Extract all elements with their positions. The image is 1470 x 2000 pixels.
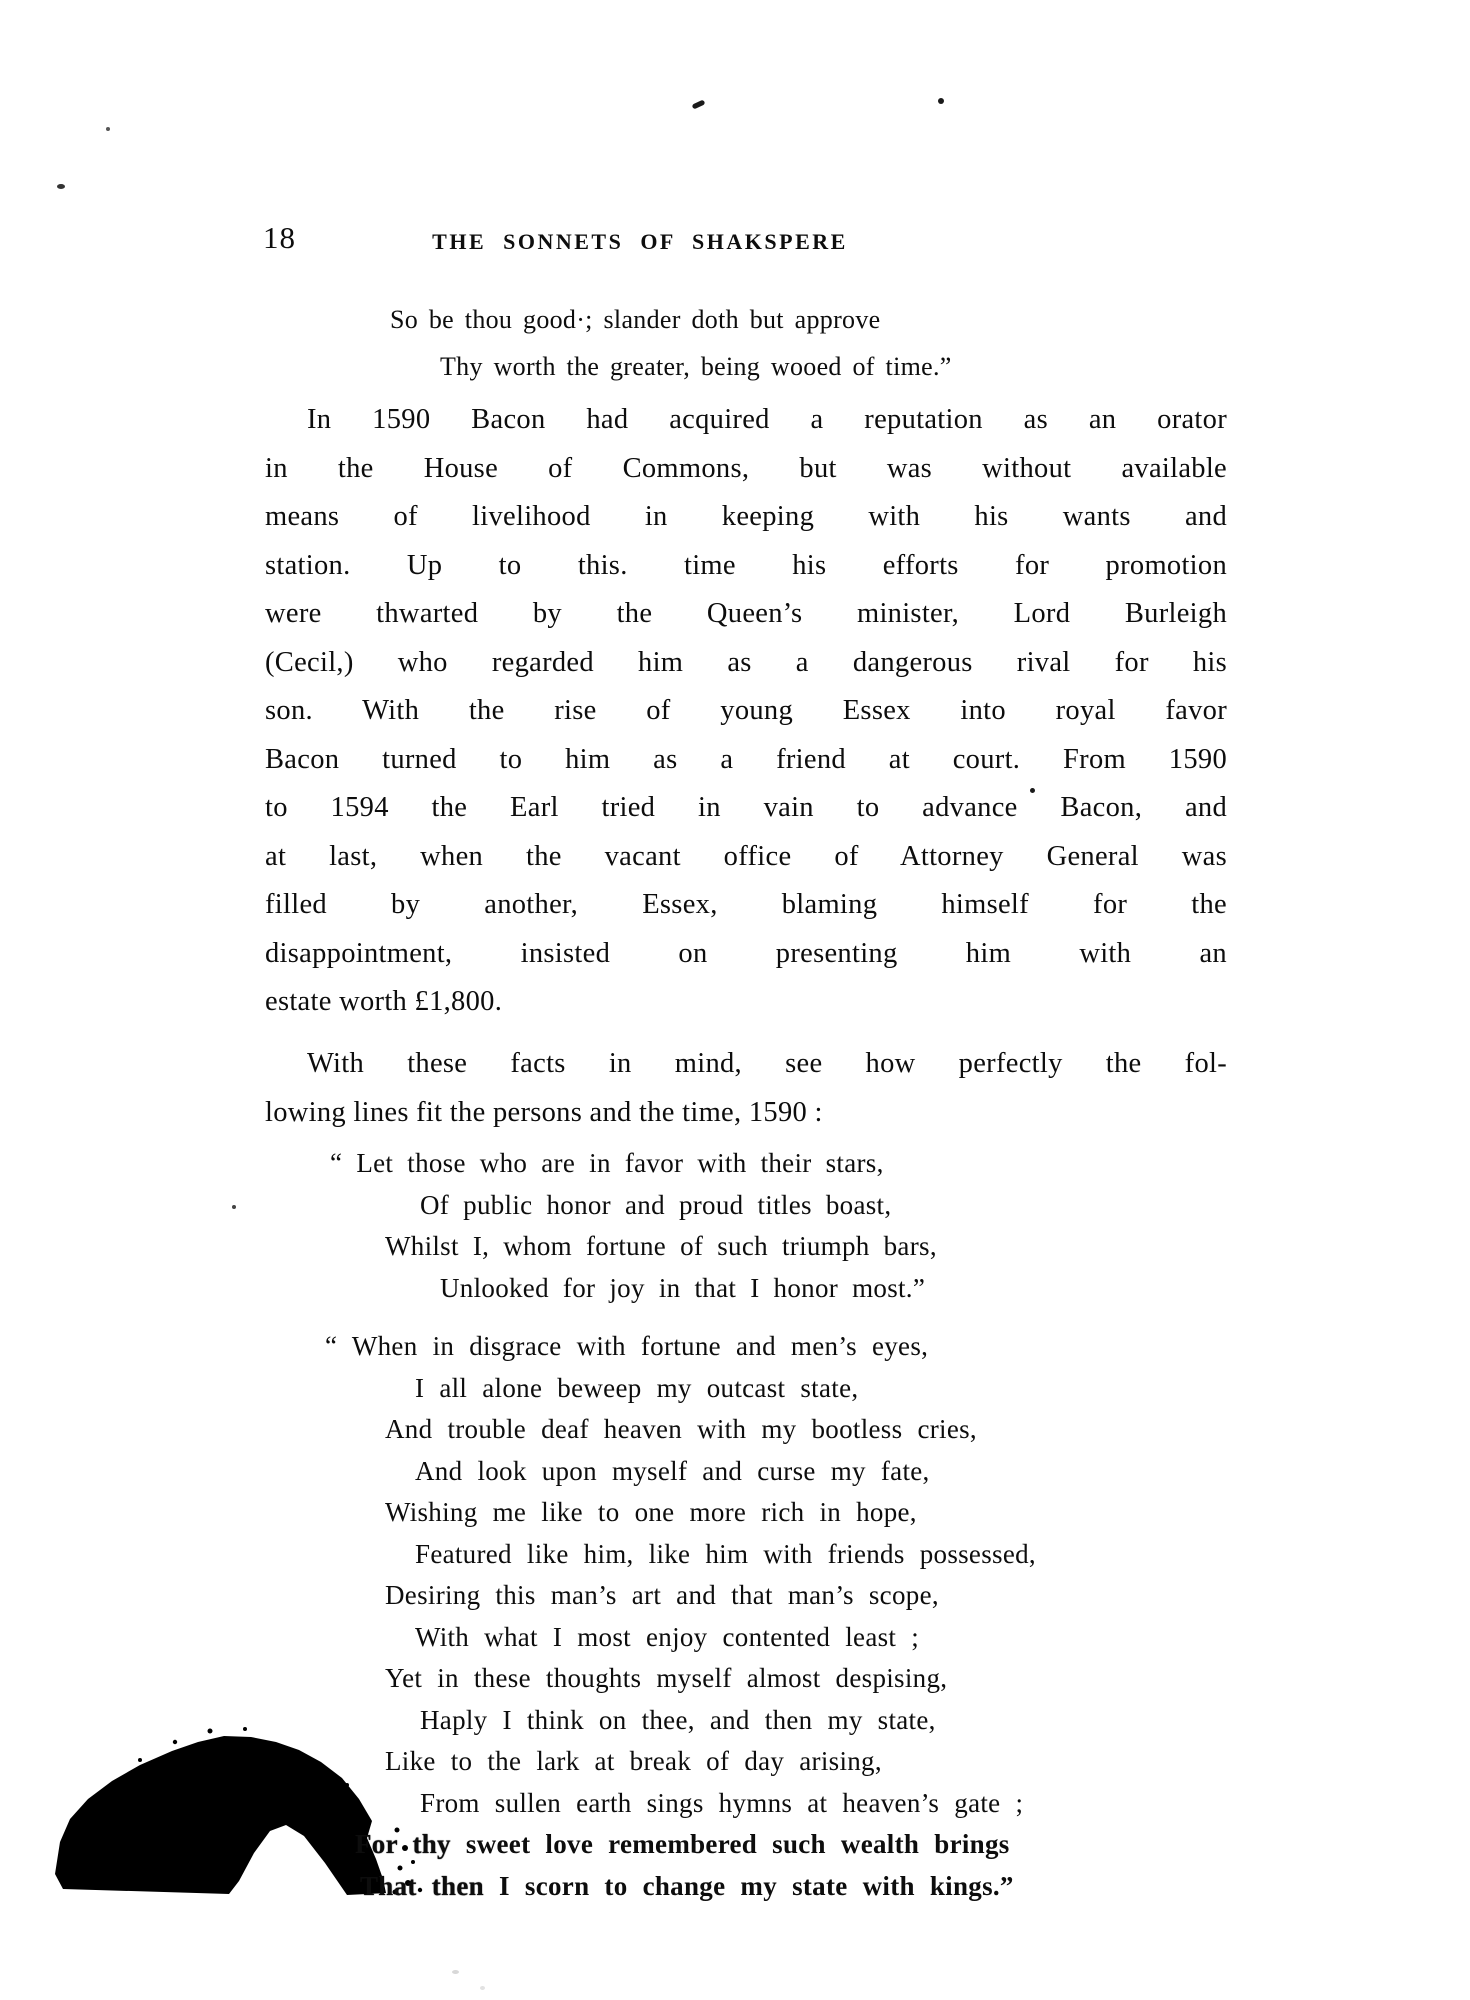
text-line: (Cecil,) who regarded him as a dangerous… (265, 639, 1227, 688)
ink-speck (480, 1986, 485, 1990)
text-line: station. Up to this. time his efforts fo… (265, 542, 1227, 591)
text-line-over-blot: For thy sweet love remembered such wealt… (265, 1824, 1227, 1866)
text-line: Unlooked for joy in that I honor most.” (265, 1268, 1227, 1310)
text-line: at last, when the vacant office of Attor… (265, 833, 1227, 882)
page-number: 18 (263, 220, 296, 256)
text-line: Haply I think on thee, and then my state… (265, 1700, 1227, 1742)
ink-speck (232, 1205, 236, 1209)
stanza-quote: “ Let those who are in favor with their … (265, 1143, 1227, 1309)
smudged-words: That then (360, 1871, 484, 1901)
running-header: THE SONNETS OF SHAKSPERE (428, 229, 852, 255)
text-line: Whilst I, whom fortune of such triumph b… (265, 1226, 1227, 1268)
ink-speck (692, 99, 706, 109)
ink-speck (938, 98, 944, 104)
text-line: “ Let those who are in favor with their … (265, 1143, 1227, 1185)
ink-speck (452, 1970, 459, 1974)
text-line: to 1594 the Earl tried in vain to advanc… (265, 784, 1227, 833)
text-line: Of public honor and proud titles boast, (265, 1185, 1227, 1227)
text-line: With what I most enjoy contented least ; (265, 1617, 1227, 1659)
text-line: Wishing me like to one more rich in hope… (265, 1492, 1227, 1534)
text-line: estate worth £1,800. (265, 978, 1227, 1027)
opening-couplet: So be thou good·; slander doth but appro… (265, 296, 1227, 390)
text-line: And look upon myself and curse my fate, (265, 1451, 1227, 1493)
text-line: In 1590 Bacon had acquired a reputation … (265, 396, 1227, 445)
text-line-over-blot: That then I scorn to change my state wit… (265, 1866, 1227, 1908)
ink-speck (57, 184, 65, 189)
text-line: With these facts in mind, see how perfec… (265, 1040, 1227, 1089)
sonnet-quote: “ When in disgrace with fortune and men’… (265, 1326, 1227, 1907)
text-line: Bacon turned to him as a friend at court… (265, 736, 1227, 785)
text-line: Yet in these thoughts myself almost desp… (265, 1658, 1227, 1700)
text-line: son. With the rise of young Essex into r… (265, 687, 1227, 736)
paragraph-with-these-facts: With these facts in mind, see how perfec… (265, 1040, 1227, 1137)
text-line: filled by another, Essex, blaming himsel… (265, 881, 1227, 930)
text-line: So be thou good·; slander doth but appro… (265, 296, 1227, 343)
ink-speck (106, 127, 110, 131)
paragraph-bacon-1590: In 1590 Bacon had acquired a reputation … (265, 396, 1227, 1027)
text-line: disappointment, insisted on presenting h… (265, 930, 1227, 979)
text-line: Desiring this man’s art and that man’s s… (265, 1575, 1227, 1617)
smudged-words: For thy (355, 1829, 451, 1859)
ink-speck (1030, 788, 1035, 793)
text-line: Thy worth the greater, being wooed of ti… (265, 343, 1227, 390)
text-line: in the House of Commons, but was without… (265, 445, 1227, 494)
text-line: “ When in disgrace with fortune and men’… (265, 1326, 1227, 1368)
text-line: Like to the lark at break of day arising… (265, 1741, 1227, 1783)
text-line: I all alone beweep my outcast state, (265, 1368, 1227, 1410)
text-line: And trouble deaf heaven with my bootless… (265, 1409, 1227, 1451)
text-line: lowing lines fit the persons and the tim… (265, 1089, 1227, 1138)
text-line: From sullen earth sings hymns at heaven’… (265, 1783, 1227, 1825)
text-line: were thwarted by the Queen’s minister, L… (265, 590, 1227, 639)
text-line: means of livelihood in keeping with his … (265, 493, 1227, 542)
text-line: Featured like him, like him with friends… (265, 1534, 1227, 1576)
book-page-scan: 18 THE SONNETS OF SHAKSPERE So be thou g… (0, 0, 1470, 2000)
